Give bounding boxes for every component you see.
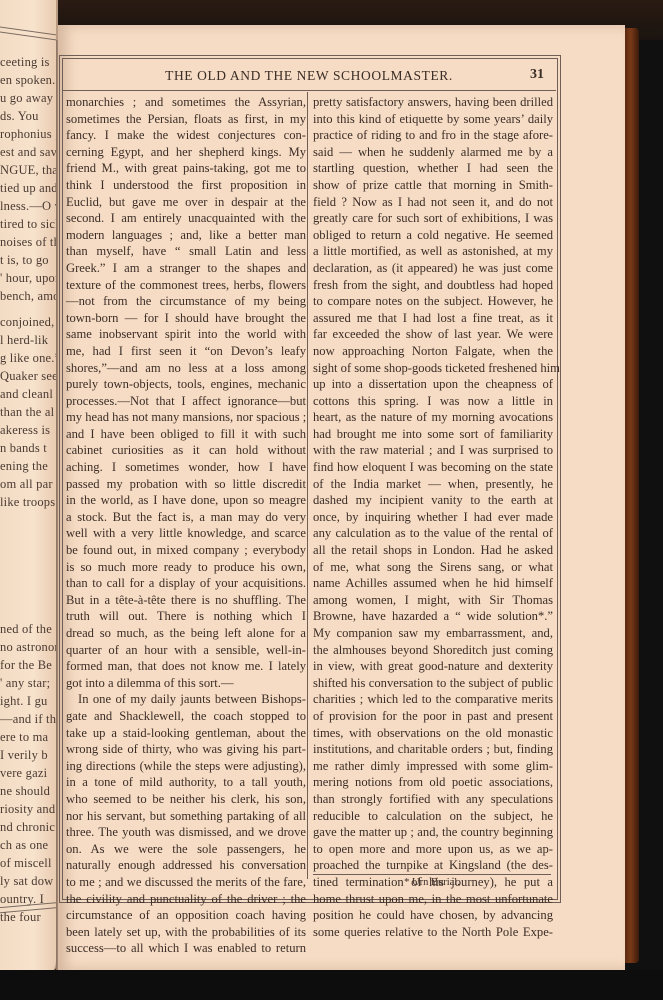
facing-page-text-fragment: for the Be [0, 658, 52, 673]
footnote: * Urn Burial. [313, 877, 551, 888]
text-line: field ? Now as I had not seen it, and do… [313, 194, 553, 211]
text-line: position he could have chosen, by advanc… [313, 907, 553, 924]
text-line: second. I am entirely unacquainted with … [66, 210, 306, 227]
text-line: now approaching Norton Falgate, when the [313, 343, 553, 360]
facing-page-text-fragment: no astronom [0, 640, 58, 655]
facing-page-text-fragment: and cleanl [0, 387, 53, 402]
text-line: wrong side of thirty, who was giving his… [66, 741, 306, 758]
text-line: into this kind of etiquette by some year… [313, 111, 553, 128]
left-text-column: monarchies ; and sometimes the Assyrian,… [66, 94, 306, 957]
text-line: who seemed to be neither his clerk, his … [66, 791, 306, 808]
facing-page-text-fragment: ceeting is [0, 55, 50, 70]
facing-page-text-fragment: conjoined, [0, 315, 54, 330]
text-line: in the world, as I have done, upon so me… [66, 492, 306, 509]
running-title: THE OLD AND THE NEW SCHOOLMASTER. [62, 68, 556, 84]
facing-page-text-fragment: ' any star; [0, 676, 50, 691]
text-line: reducible to calculation on the subject,… [313, 808, 553, 825]
text-line: had brought me into some sort of familia… [313, 426, 553, 443]
text-line: a stock. But the fact is, a man may do v… [66, 509, 306, 526]
text-line: well with a very little knowledge, and s… [66, 525, 306, 542]
facing-page-text-fragment: en spoken. [0, 73, 55, 88]
text-line: cottons this spring. I was now a little … [313, 393, 553, 410]
facing-page-text-fragment: vere gazi [0, 766, 47, 781]
text-line: truth will out. There is nothing which I [66, 608, 306, 625]
facing-page-text-fragment: ne should [0, 784, 50, 799]
text-line: assured me that I had lost a fine treat,… [313, 310, 553, 327]
text-line: aching. I sometimes wonder, how I have [66, 459, 306, 476]
text-line: with the raw material ; and I was surpri… [313, 442, 553, 459]
text-line: friend M., with great pains-taking, got … [66, 160, 306, 177]
text-line: of the India market — when, presently, h… [313, 476, 553, 493]
text-line: me, had I first seen it “on Devon’s leaf… [66, 343, 306, 360]
text-line: think I understood the first proposition… [66, 177, 306, 194]
text-line: and I have been obliged to fill it with … [66, 426, 306, 443]
text-line: startling question, whether I had seen t… [313, 160, 553, 177]
text-line: me rather dimly impressed with some glim… [313, 758, 553, 775]
text-line: proached the turnpike at Kingsland (the … [313, 857, 553, 874]
text-line: name Achilles assumed when he hid himsel… [313, 575, 553, 592]
text-line: fresh from the sight, and doubtless had … [313, 277, 553, 294]
text-line: same inobservant spirit into the world w… [66, 326, 306, 343]
text-line: town-born — for I should have brought th… [66, 310, 306, 327]
text-line: some queries relative to the North Pole … [313, 924, 553, 941]
facing-page-text-fragment: lness.—O wh [0, 199, 58, 214]
footnote-rule [313, 874, 551, 875]
text-line: declaration, as (it appeared) he was jus… [313, 260, 553, 277]
text-line: modern languages ; and, like a better ma… [66, 227, 306, 244]
text-line: all the retail shops in London. Had he a… [313, 542, 553, 559]
text-line: of me, what song the Sirens sang, or wha… [313, 559, 553, 576]
facing-page-text-fragment: u go away [0, 91, 53, 106]
text-line: formed man, that does not know me. I lat… [66, 658, 306, 675]
facing-page-left: ceeting isen spoken.u go awayds. Youroph… [0, 0, 58, 975]
text-line: dashed my incipient vanity to the earth … [313, 492, 553, 509]
text-line: once, by inquiring whether I had ever ma… [313, 509, 553, 526]
text-line: of provision for the poor in past and pr… [313, 708, 553, 725]
text-line: been lately set up, with the probabiliti… [66, 924, 306, 941]
facing-page-text-fragment: noises of the [0, 235, 58, 250]
text-line: gate and Shacklewell, the coach stopped … [66, 708, 306, 725]
text-line: circumstance of an opposition coach havi… [66, 907, 306, 924]
text-line: cabinet curiosities as it can hold witho… [66, 442, 306, 459]
facing-page-text-fragment: tired to sick [0, 217, 58, 232]
text-line: to compare notes on the subject. However… [313, 293, 553, 310]
facing-page-text-fragment: like troops [0, 495, 55, 510]
facing-page-text-fragment: ening the [0, 459, 48, 474]
text-line: In one of my daily jaunts between Bishop… [66, 691, 306, 708]
text-line: naturally enough addressed his conversat… [66, 857, 306, 874]
facing-page-text-fragment: —and if th [0, 712, 56, 727]
text-line: sometimes the Persian, floats as first, … [66, 111, 306, 128]
running-head: THE OLD AND THE NEW SCHOOLMASTER. 31 [62, 64, 556, 91]
text-line: show of prize cattle that morning in Smi… [313, 177, 553, 194]
text-line: far exceeded the show of last year. We w… [313, 326, 553, 343]
text-line: purely town-objects, tools, engines, mec… [66, 376, 306, 393]
text-line: mering notions from old poetic associati… [313, 774, 553, 791]
text-line: monarchies ; and sometimes the Assyrian, [66, 94, 306, 111]
facing-page-text-fragment: est and sava [0, 145, 58, 160]
text-line: charities ; which led to the comparative… [313, 691, 553, 708]
text-line: institutions, and charitable orders ; bu… [313, 741, 553, 758]
column-divider [307, 92, 308, 879]
text-line: any calculation as to the value of the r… [313, 525, 553, 542]
facing-page-text-fragment: ' hour, upon [0, 271, 58, 286]
text-line: Browne, have hazarded a “ wide solution*… [313, 608, 553, 625]
text-line: home thrust upon me, in the most unfortu… [313, 891, 553, 908]
text-line: practice of riding to and fro in the sta… [313, 127, 553, 144]
text-line: texture of the commonest trees, herbs, f… [66, 277, 306, 294]
facing-page-text-fragment: rophonius ; [0, 127, 58, 142]
text-line: got into a dilemma of this sort.— [66, 675, 306, 692]
text-line: nor his servant, but something partaking… [66, 808, 306, 825]
facing-page-text-fragment: tied up and [0, 181, 58, 196]
text-line: in view, with great good-nature and dext… [313, 658, 553, 675]
text-line: sight of some shop-goods ticketed freshe… [313, 360, 553, 377]
text-line: But in a tête-à-tête there is no shuffli… [66, 592, 306, 609]
text-line: passed my probation with so little discr… [66, 476, 306, 493]
text-line: pretty satisfactory answers, having been… [313, 94, 553, 111]
text-line: shifted his conversation to the subject … [313, 675, 553, 692]
facing-page-text-fragment: ight. I gu [0, 694, 47, 709]
facing-page-text-fragment: bench, amon [0, 289, 58, 304]
text-line: is so much more ready to produce his own… [66, 559, 306, 576]
text-line: ing directions (while the steps were adj… [66, 758, 306, 775]
text-line: gave the matter up ; and, the country be… [313, 824, 553, 841]
facing-page-text-fragment: I verily b [0, 748, 48, 763]
facing-page-top-rule [0, 25, 58, 41]
text-line: greatly care for such sort of exhibition… [313, 210, 553, 227]
right-text-column: pretty satisfactory answers, having been… [313, 94, 553, 940]
facing-page-text-fragment: ly sat dow [0, 874, 53, 889]
page-number: 31 [530, 67, 544, 83]
text-line: cerning Egypt, and her shepherd kings. M… [66, 144, 306, 161]
text-line: obliged to return a cold negative. He se… [313, 227, 553, 244]
facing-page-text-fragment: the four [0, 910, 41, 925]
text-line: among women, I might, with Sir Thomas [313, 592, 553, 609]
text-line: —not from the circumstance of my being [66, 293, 306, 310]
facing-page-text-fragment: g like one.” [0, 351, 58, 366]
text-line: Greek.” I am a stranger to the shapes an… [66, 260, 306, 277]
facing-page-text-fragment: n bands t [0, 441, 47, 456]
text-line: processes.—Not that I affect ignorance—b… [66, 393, 306, 410]
text-line: the civility and punctuality of the driv… [66, 891, 306, 908]
facing-page-text-fragment: l herd-lik [0, 333, 48, 348]
facing-page-text-fragment: riosity and [0, 802, 55, 817]
facing-page-text-fragment: ere to ma [0, 730, 48, 745]
text-line: the almhouses beyond Shoreditch just com… [313, 642, 553, 659]
text-line: shores,”—and am no less at a loss among [66, 360, 306, 377]
facing-page-text-fragment: ch as one [0, 838, 48, 853]
text-line: than to call for a display of your acqui… [66, 575, 306, 592]
text-line: up into a dissertation upon the cheapnes… [313, 376, 553, 393]
text-line: said — when he suddenly alarmed me by a [313, 144, 553, 161]
facing-page-text-fragment: of miscell [0, 856, 52, 871]
facing-page-text-fragment: ned of the [0, 622, 52, 637]
text-line: My companion saw my embarrassment, and, [313, 625, 553, 642]
text-line: to open more and more upon us, as we ap- [313, 841, 553, 858]
text-line: a little mortified, as well as astonishe… [313, 243, 553, 260]
facing-page-text-fragment: than the al [0, 405, 54, 420]
text-line: find how eloquent I was becoming on the … [313, 459, 553, 476]
text-line: Euclid, but gave me over in despair at t… [66, 194, 306, 211]
facing-page-text-fragment: nd chronic [0, 820, 55, 835]
text-line: than strongly fortified with any specula… [313, 791, 553, 808]
facing-page-text-fragment: Quaker see [0, 369, 58, 384]
text-line: on. As we were the sole passengers, he [66, 841, 306, 858]
facing-page-text-fragment: NGUE, that [0, 163, 58, 178]
text-line: three. The youth was dismissed, and we d… [66, 824, 306, 841]
text-line: times, with observations on the old mona… [313, 725, 553, 742]
text-line: than myself, have “ small Latin and less [66, 243, 306, 260]
text-line: heart, as the nature of my morning avoca… [313, 409, 553, 426]
book-cover-edge [625, 28, 639, 963]
text-line: dread so much, as the being left alone f… [66, 625, 306, 642]
text-line: success—to all which I was enabled to re… [66, 940, 306, 957]
text-line: to me ; and we discussed the merits of t… [66, 874, 306, 891]
text-line: be found out, in mixed company ; everybo… [66, 542, 306, 559]
facing-page-text-fragment: ds. You [0, 109, 39, 124]
text-line: fancy. I make the widest conjectures con… [66, 127, 306, 144]
facing-page-text-fragment: akeress is [0, 423, 50, 438]
dark-backdrop-bottom [0, 970, 663, 1000]
text-line: quarter of an hour with a sensible, well… [66, 642, 306, 659]
text-line: take up a staid-looking gentleman, about… [66, 725, 306, 742]
text-line: my head has not many mansions, nor spaci… [66, 409, 306, 426]
facing-page-text-fragment: ountry. I [0, 892, 44, 907]
facing-page-text-fragment: om all par [0, 477, 53, 492]
text-line: in a tone of mild authority, to a tall y… [66, 774, 306, 791]
facing-page-text-fragment: t is, to go [0, 253, 49, 268]
